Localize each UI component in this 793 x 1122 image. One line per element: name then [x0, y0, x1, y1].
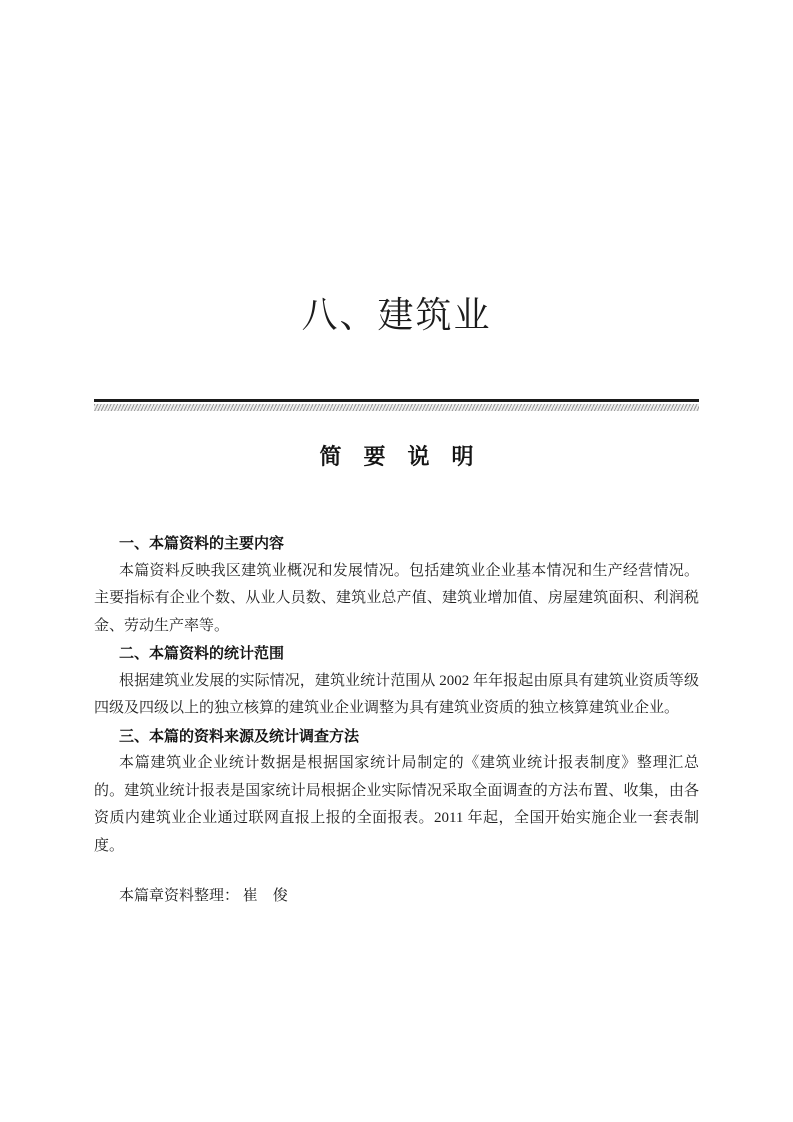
chapter-divider — [94, 399, 699, 411]
note-1-heading: 一、本篇资料的主要内容 — [94, 530, 699, 558]
notes-body: 一、本篇资料的主要内容 本篇资料反映我区建筑业概况和发展情况。包括建筑业企业基本… — [94, 530, 699, 860]
note-2-heading: 二、本篇资料的统计范围 — [94, 640, 699, 668]
note-3-paragraph: 本篇建筑业企业统计数据是根据国家统计局制定的《建筑业统计报表制度》整理汇总的。建… — [94, 750, 699, 860]
compiler-note-name: 崔 俊 — [243, 888, 288, 904]
note-2-paragraph: 根据建筑业发展的实际情况，建筑业统计范围从 2002 年年报起由原具有建筑业资质… — [94, 668, 699, 723]
compiler-note-label: 本篇章资料整理： — [119, 888, 239, 904]
compiler-note: 本篇章资料整理： 崔 俊 — [94, 883, 699, 911]
note-1-paragraph: 本篇资料反映我区建筑业概况和发展情况。包括建筑业企业基本情况和生产经营情况。主要… — [94, 558, 699, 641]
divider-solid-rule — [94, 399, 699, 402]
note-3-heading: 三、本篇的资料来源及统计调查方法 — [94, 723, 699, 751]
brief-notes-heading: 简 要 说 明 — [94, 445, 699, 469]
page-content: 八、建筑业 简 要 说 明 一、本篇资料的主要内容 本篇资料反映我区建筑业概况和… — [94, 0, 699, 911]
divider-hatch-band — [94, 404, 699, 411]
document-page: 八、建筑业 简 要 说 明 一、本篇资料的主要内容 本篇资料反映我区建筑业概况和… — [0, 0, 793, 1122]
chapter-title: 八、建筑业 — [94, 0, 699, 336]
